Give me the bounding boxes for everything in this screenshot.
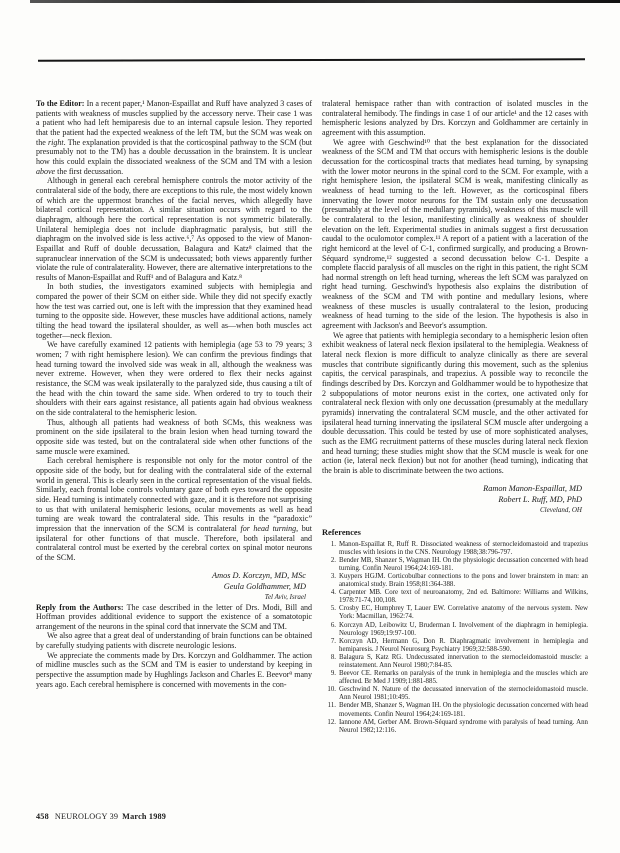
reference-text: Carpenter MB. Core text of neuroanatomy,…: [339, 589, 588, 605]
letter-signature-block: Amos D. Korczyn, MD, MSc Geula Goldhamme…: [36, 570, 306, 603]
references-list: 1.Manon-Espaillat R, Ruff R. Dissociated…: [322, 541, 588, 735]
letter-paragraph: Although in general each cerebral hemisp…: [36, 176, 312, 282]
letter-paragraph: Thus, although all patients had weakness…: [36, 418, 312, 457]
reference-number: 6.: [322, 622, 339, 638]
letter-p6-a: Each cerebral hemisphere is responsible …: [36, 456, 312, 533]
reference-text: Bender MB, Shanzer S, Wagman IH. On the …: [339, 702, 588, 718]
letter-p1-italic-above: above: [36, 167, 55, 176]
reply-paragraph: Reply from the Authors: The case describ…: [36, 603, 312, 632]
signature-author: Geula Goldhammer, MD: [36, 581, 306, 592]
reference-text: Korczyn AD, Leibowitz U, Bruderman I. In…: [339, 622, 588, 638]
reply-paragraph: We agree with Geschwind¹⁰ that the best …: [322, 138, 588, 331]
page-footer: 458NEUROLOGY 39March 1989: [36, 812, 166, 821]
reply-lead-in: Reply from the Authors:: [36, 603, 124, 612]
reference-item: 3.Kuypers HGJM. Corticobulbar connection…: [322, 573, 588, 589]
reference-number: 9.: [322, 670, 339, 686]
letter-lead-in: To the Editor:: [36, 99, 84, 108]
issue-date: March 1989: [122, 812, 166, 821]
reference-number: 2.: [322, 557, 339, 573]
reference-number: 12.: [322, 719, 339, 735]
reference-number: 3.: [322, 573, 339, 589]
reference-item: 2.Bender MB, Shanzer S, Wagman IH. On th…: [322, 557, 588, 573]
reference-item: 4.Carpenter MB. Core text of neuroanatom…: [322, 589, 588, 605]
journal-page: To the Editor: In a recent paper,¹ Manon…: [0, 0, 620, 853]
letter-p1-italic-right: right: [48, 138, 64, 147]
reply-paragraph: We also agree that a great deal of under…: [36, 631, 312, 650]
letter-p1-b: . The explanation provided is that the c…: [36, 138, 312, 166]
reference-text: Beevor CE. Remarks on paralysis of the t…: [339, 670, 588, 686]
section-top-rule: [38, 58, 585, 61]
reference-number: 5.: [322, 605, 339, 621]
reference-number: 4.: [322, 589, 339, 605]
page-number: 458: [36, 812, 49, 821]
reference-number: 8.: [322, 654, 339, 670]
letter-p1-c: the first decussation.: [55, 167, 123, 176]
scan-artifact-top: [30, 0, 620, 3]
reference-item: 1.Manon-Espaillat R, Ruff R. Dissociated…: [322, 541, 588, 557]
left-column: To the Editor: In a recent paper,¹ Manon…: [36, 99, 312, 689]
reference-number: 11.: [322, 702, 339, 718]
letter-paragraph: In both studies, the investigators exami…: [36, 282, 312, 340]
reply-paragraph-continuation: tralateral hemispace rather than with co…: [322, 99, 588, 138]
reference-text: Crosby EC, Humphrey T, Lauer EW. Correla…: [339, 605, 588, 621]
reference-number: 10.: [322, 686, 339, 702]
signature-location: Cleveland, OH: [322, 505, 582, 516]
reference-text: Geschwind N. Nature of the decussated in…: [339, 686, 588, 702]
right-column: tralateral hemispace rather than with co…: [322, 99, 588, 735]
references-heading: References: [322, 528, 588, 537]
reference-item: 12.Iannone AM, Gerber AM. Brown-Séquard …: [322, 719, 588, 735]
letter-paragraph: We have carefully examined 12 patients w…: [36, 340, 312, 417]
reply-paragraph: We appreciate the comments made by Drs. …: [36, 651, 312, 690]
reference-text: Korczyn AD, Hermann G, Don R. Diaphragma…: [339, 638, 588, 654]
letter-paragraph: To the Editor: In a recent paper,¹ Manon…: [36, 99, 312, 176]
reference-item: 11.Bender MB, Shanzer S, Wagman IH. On t…: [322, 702, 588, 718]
letter-paragraph: Each cerebral hemisphere is responsible …: [36, 456, 312, 562]
signature-author: Ramon Manon-Espaillat, MD: [322, 483, 582, 494]
reference-text: Bender MB, Shanzer S, Wagman IH. On the …: [339, 557, 588, 573]
reference-text: Iannone AM, Gerber AM. Brown-Séquard syn…: [339, 719, 588, 735]
letter-p6-italic: for head turning: [240, 524, 296, 533]
reply-paragraph: We agree that patients with hemiplegia s…: [322, 331, 588, 476]
signature-author: Amos D. Korczyn, MD, MSc: [36, 570, 306, 581]
reference-item: 7.Korczyn AD, Hermann G, Don R. Diaphrag…: [322, 638, 588, 654]
reference-item: 6.Korczyn AD, Leibowitz U, Bruderman I. …: [322, 622, 588, 638]
reference-number: 1.: [322, 541, 339, 557]
reference-text: Balagura S, Katz RG. Undecussated innerv…: [339, 654, 588, 670]
reference-item: 8.Balagura S, Katz RG. Undecussated inne…: [322, 654, 588, 670]
reference-item: 9.Beevor CE. Remarks on paralysis of the…: [322, 670, 588, 686]
reference-text: Manon-Espaillat R, Ruff R. Dissociated w…: [339, 541, 588, 557]
reference-number: 7.: [322, 638, 339, 654]
journal-volume: NEUROLOGY 39: [55, 812, 118, 821]
reference-item: 10.Geschwind N. Nature of the decussated…: [322, 686, 588, 702]
signature-author: Robert L. Ruff, MD, PhD: [322, 494, 582, 505]
reference-item: 5.Crosby EC, Humphrey T, Lauer EW. Corre…: [322, 605, 588, 621]
signature-location: Tel Aviv, Israel: [36, 592, 306, 603]
reference-text: Kuypers HGJM. Corticobulbar connections …: [339, 573, 588, 589]
reply-signature-block: Ramon Manon-Espaillat, MD Robert L. Ruff…: [322, 483, 582, 516]
